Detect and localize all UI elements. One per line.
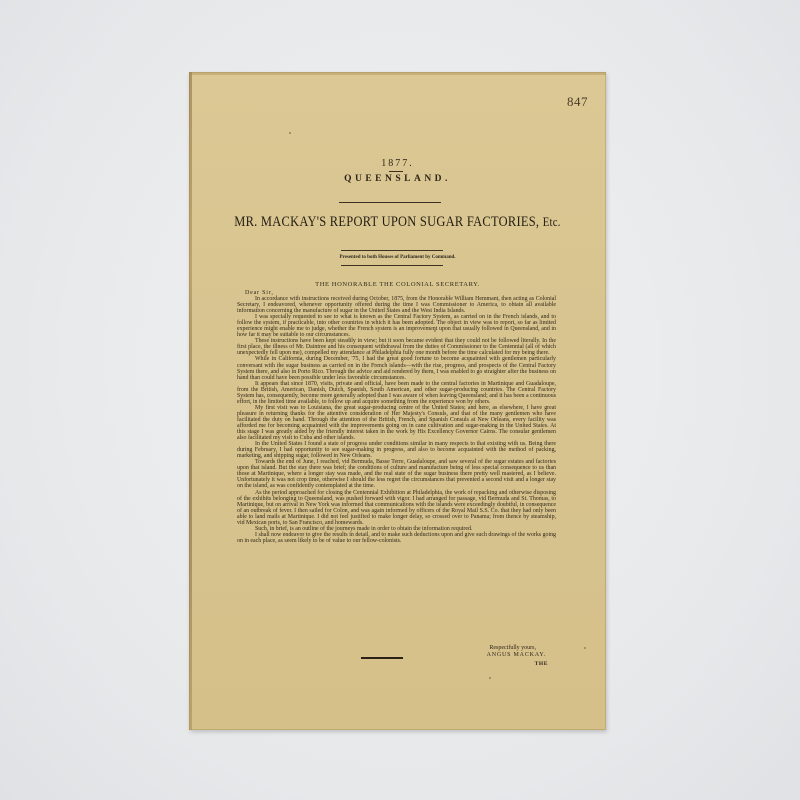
document-title: MR. MACKAY'S REPORT UPON SUGAR FACTORIES… [218,214,577,231]
paper-speck [584,647,586,649]
paragraph: While in California, during December, '7… [237,356,556,380]
document-state: QUEENSLAND. [189,174,606,184]
paragraph: As the period approached for closing the… [237,490,556,526]
paragraph: I shall now endeavor to give the results… [237,532,556,544]
paragraph: It appears that since 1870, visits, priv… [237,381,556,405]
paragraph: In the United States I found a state of … [237,441,556,459]
presented-rule [341,265,443,266]
title-main: MR. MACKAY'S REPORT UPON SUGAR FACTORIES… [234,214,539,230]
paper-speck [489,677,491,679]
document-year: 1877. [189,158,606,169]
paper-speck [289,132,291,134]
catchword: THE [535,661,548,667]
title-rule-bottom [341,250,443,251]
paragraph: My first visit was to Louisiana, the gre… [237,405,556,441]
paragraph: I was specially requested to see to what… [237,314,556,338]
title-etc: Etc. [543,215,561,229]
document-page: 847 1877. QUEENSLAND. MR. MACKAY'S REPOR… [189,72,606,730]
closing-phrase: Respectfully yours, [487,645,536,651]
end-rule [361,657,403,659]
paragraph: These instructions have been kept steadi… [237,338,556,356]
addressee-heading: THE HONORABLE THE COLONIAL SECRETARY. [189,281,606,288]
signature: ANGUS MACKAY. [487,652,546,658]
title-rule-top [339,202,441,203]
letter-body: In accordance with instructions received… [237,296,556,544]
letter-closing: Respectfully yours, ANGUS MACKAY. [487,645,536,658]
page-number: 847 [567,94,588,110]
paragraph: In accordance with instructions received… [237,296,556,314]
paper-speck [434,330,436,332]
presented-line: Presented to both Houses of Parliament b… [189,255,606,260]
paragraph: Towards the end of June, I reached, vid … [237,459,556,489]
year-underline [389,171,403,172]
